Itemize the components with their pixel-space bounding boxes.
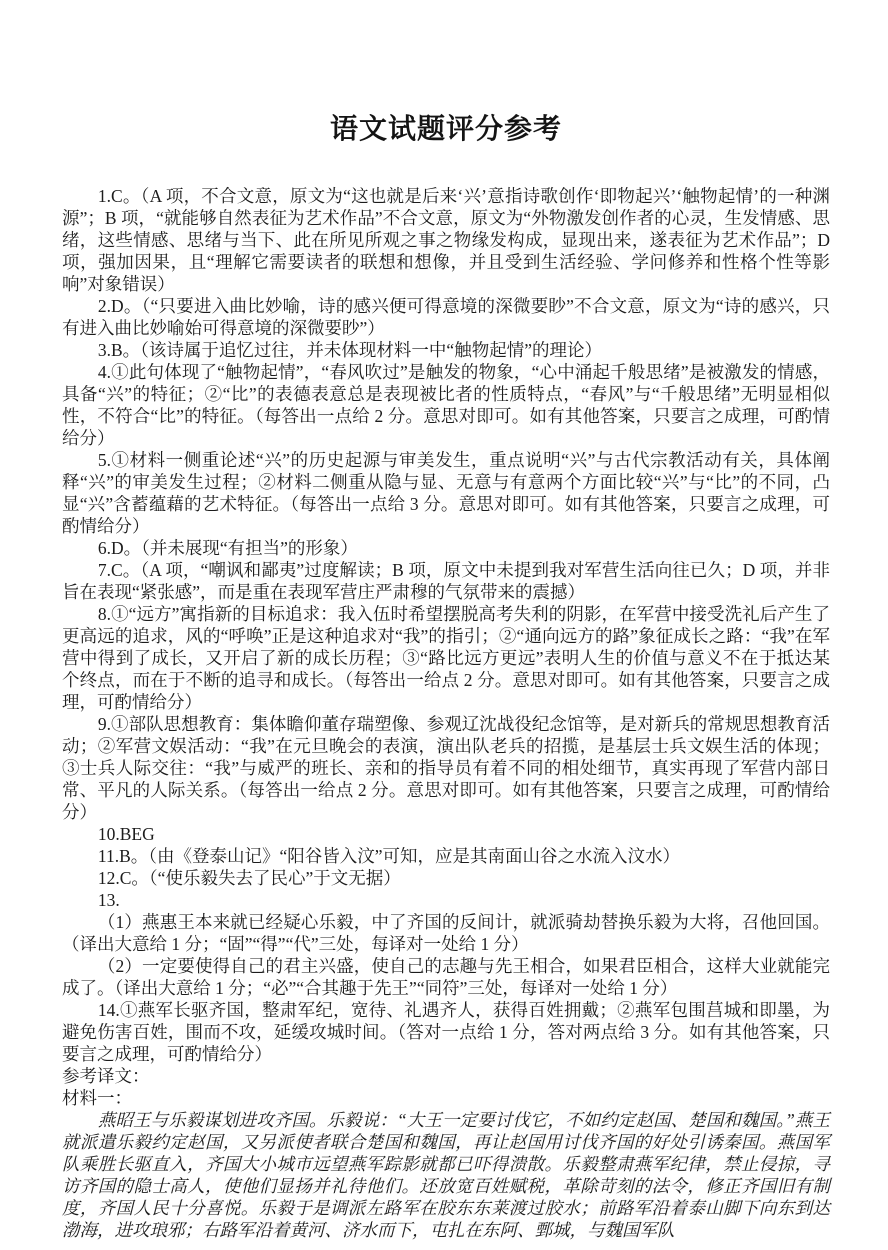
answer-item-10: 10.BEG [62, 823, 830, 845]
answer-item-3: 3.B。（该诗属于追忆过往，并未体现材料一中“触物起情”的理论） [62, 339, 830, 361]
answer-item-6: 6.D。（并未展现“有担当”的形象） [62, 537, 830, 559]
answer-item-12: 12.C。（“使乐毅失去了民心”于文无据） [62, 867, 830, 889]
answer-item-9: 9.①部队思想教育：集体瞻仰董存瑞塑像、参观辽沈战役纪念馆等，是对新兵的常规思想… [62, 713, 830, 823]
answer-item-13-translation-1: （1）燕惠王本来就已经疑心乐毅，中了齐国的反间计，就派骑劫替换乐毅为大将，召他回… [62, 911, 830, 955]
answer-item-8: 8.①“远方”寓指新的目标追求：我入伍时希望摆脱高考失利的阴影，在军营中接受洗礼… [62, 603, 830, 713]
answers-section: 1.C。（A 项，不合文意，原文为“这也就是后来‘兴’意指诗歌创作‘即物起兴’‘… [62, 185, 830, 1241]
page-title: 语文试题评分参考 [62, 0, 830, 185]
answer-item-2: 2.D。（“只要进入曲比妙喻，诗的感兴便可得意境的深微要眇”不合文意，原文为“诗… [62, 295, 830, 339]
answer-item-11: 11.B。（由《登泰山记》“阳谷皆入汶”可知，应是其南面山谷之水流入汶水） [62, 845, 830, 867]
material-one-translation: 燕昭王与乐毅谋划进攻齐国。乐毅说：“大王一定要讨伐它，不如约定赵国、楚国和魏国。… [62, 1109, 830, 1241]
answer-item-1: 1.C。（A 项，不合文意，原文为“这也就是后来‘兴’意指诗歌创作‘即物起兴’‘… [62, 185, 830, 295]
document-page: 语文试题评分参考 1.C。（A 项，不合文意，原文为“这也就是后来‘兴’意指诗歌… [0, 0, 888, 1250]
answer-item-14: 14.①燕军长驱齐国，整肃军纪，宽待、礼遇齐人，获得百姓拥戴；②燕军包围莒城和即… [62, 999, 830, 1065]
answer-item-13-translation-2: （2）一定要使得自己的君主兴盛，使自己的志趣与先王相合，如果君臣相合，这样大业就… [62, 955, 830, 999]
answer-item-13: 13. [62, 889, 830, 911]
material-one-label: 材料一： [62, 1087, 830, 1109]
answer-item-5: 5.①材料一侧重论述“兴”的历史起源与审美发生，重点说明“兴”与古代宗教活动有关… [62, 449, 830, 537]
answer-item-7: 7.C。（A 项，“嘲讽和鄙夷”过度解读；B 项，原文中未提到我对军营生活向往已… [62, 559, 830, 603]
answer-item-4: 4.①此句体现了“触物起情”，“春风吹过”是触发的物象，“心中涌起千般思绪”是被… [62, 361, 830, 449]
reference-translation-label: 参考译文： [62, 1065, 830, 1087]
